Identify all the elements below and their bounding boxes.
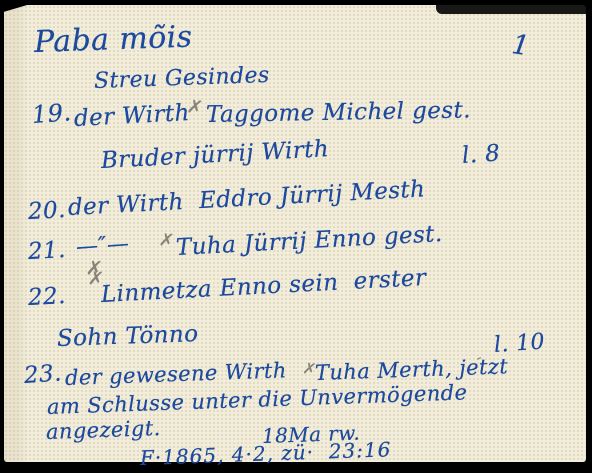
entry-21-pencil-mark: ✗ bbox=[158, 229, 176, 252]
entry-23-text-right: Tuha Merth, jetzt bbox=[315, 354, 509, 385]
scanned-card-image: Paba mõis 1 Streu Gesindes 19. der Wirth… bbox=[0, 0, 592, 473]
entry-21-number: 21. bbox=[27, 237, 66, 265]
entry-19-pencil-mark: ✗ bbox=[185, 95, 205, 120]
entry-23-date-ref: F·1865, 4·2, zü· 23:16 bbox=[140, 437, 392, 470]
entry-23-line3-left: angezeigt. bbox=[46, 416, 161, 444]
index-card: Paba mõis 1 Streu Gesindes 19. der Wirth… bbox=[4, 5, 586, 462]
entry-19-line2: Bruder jürrij Wirth bbox=[100, 136, 329, 174]
entry-20-number: 20. bbox=[27, 197, 66, 225]
entry-19-text-left: der Wirth bbox=[73, 100, 190, 132]
estate-title: Paba mõis bbox=[33, 19, 193, 60]
entry-23-text-left: der gewesene Wirth bbox=[65, 358, 288, 390]
page-number: 1 bbox=[510, 29, 532, 62]
group-heading: Streu Gesindes bbox=[94, 63, 270, 94]
scan-corner-shadow bbox=[0, 0, 44, 13]
scan-edge-shadow bbox=[436, 5, 586, 14]
entry-19-number: 19. bbox=[31, 98, 72, 129]
entry-19-page-ref: l. 8 bbox=[461, 140, 501, 169]
entry-22-line2: Sohn Tönno bbox=[57, 321, 199, 352]
entry-22-line1: Linmetza Enno sein erster bbox=[100, 265, 427, 308]
entry-21-ditto-mark: —″— bbox=[75, 231, 130, 260]
entry-20-text: der Wirth Eddro Jürrij Mesth bbox=[67, 176, 426, 221]
entry-19-text-right: Taggome Michel gest. bbox=[206, 97, 471, 128]
entry-21-text: Tuha Jürrij Enno gest. bbox=[175, 221, 443, 261]
entry-22-number: 22. bbox=[27, 283, 66, 311]
entry-23-number: 23. bbox=[23, 360, 63, 389]
